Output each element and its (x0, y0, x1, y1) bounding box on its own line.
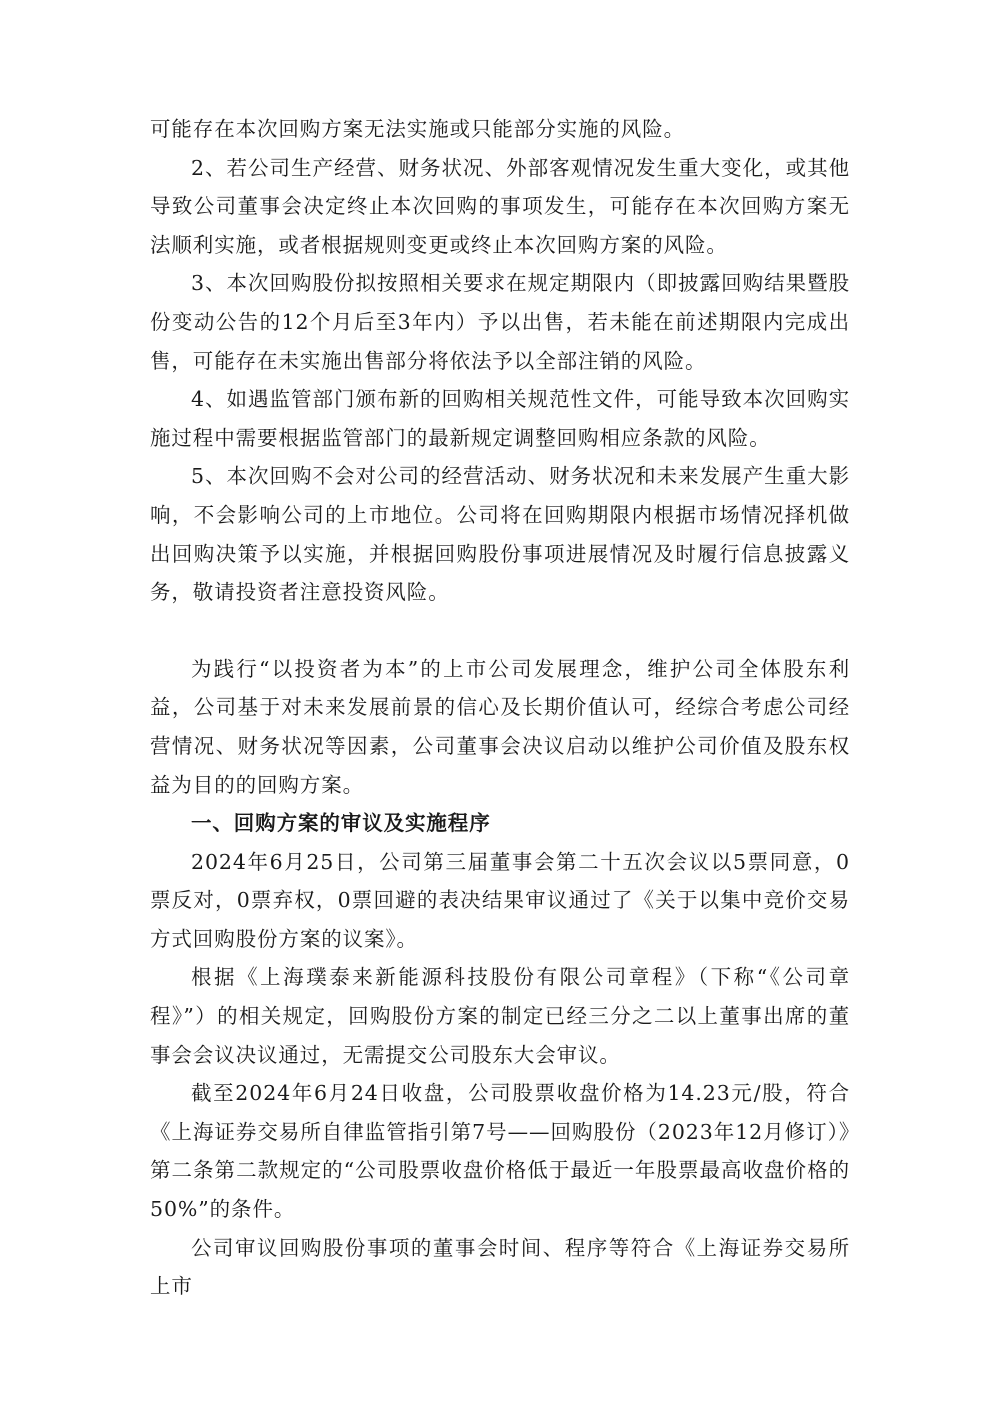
section-heading: 一、回购方案的审议及实施程序 (150, 804, 850, 843)
risk-item-2: 2、若公司生产经营、财务状况、外部客观情况发生重大变化，或其他导致公司董事会决定… (150, 149, 850, 265)
articles-paragraph: 根据《上海璞泰来新能源科技股份有限公司章程》（下称“《公司章程》”）的相关规定，… (150, 958, 850, 1074)
closing-price-paragraph: 截至2024年6月24日收盘，公司股票收盘价格为14.23元/股，符合《上海证券… (150, 1074, 850, 1228)
body-section: 为践行“以投资者为本”的上市公司发展理念，维护公司全体股东利益，公司基于对未来发… (150, 650, 850, 1306)
risk-item-5: 5、本次回购不会对公司的经营活动、财务状况和未来发展产生重大影响，不会影响公司的… (150, 457, 850, 611)
document-page: 可能存在本次回购方案无法实施或只能部分实施的风险。 2、若公司生产经营、财务状况… (150, 110, 850, 1306)
risk-section: 可能存在本次回购方案无法实施或只能部分实施的风险。 2、若公司生产经营、财务状况… (150, 110, 850, 612)
risk-item-3: 3、本次回购股份拟按照相关要求在规定期限内（即披露回购结果暨股份变动公告的12个… (150, 264, 850, 380)
risk-1-continuation: 可能存在本次回购方案无法实施或只能部分实施的风险。 (150, 110, 850, 149)
board-approval-paragraph: 2024年6月25日，公司第三届董事会第二十五次会议以5票同意，0票反对，0票弃… (150, 843, 850, 959)
compliance-paragraph: 公司审议回购股份事项的董事会时间、程序等符合《上海证券交易所上市 (150, 1229, 850, 1306)
intro-paragraph: 为践行“以投资者为本”的上市公司发展理念，维护公司全体股东利益，公司基于对未来发… (150, 650, 850, 804)
section-gap (150, 612, 850, 650)
risk-item-4: 4、如遇监管部门颁布新的回购相关规范性文件，可能导致本次回购实施过程中需要根据监… (150, 380, 850, 457)
